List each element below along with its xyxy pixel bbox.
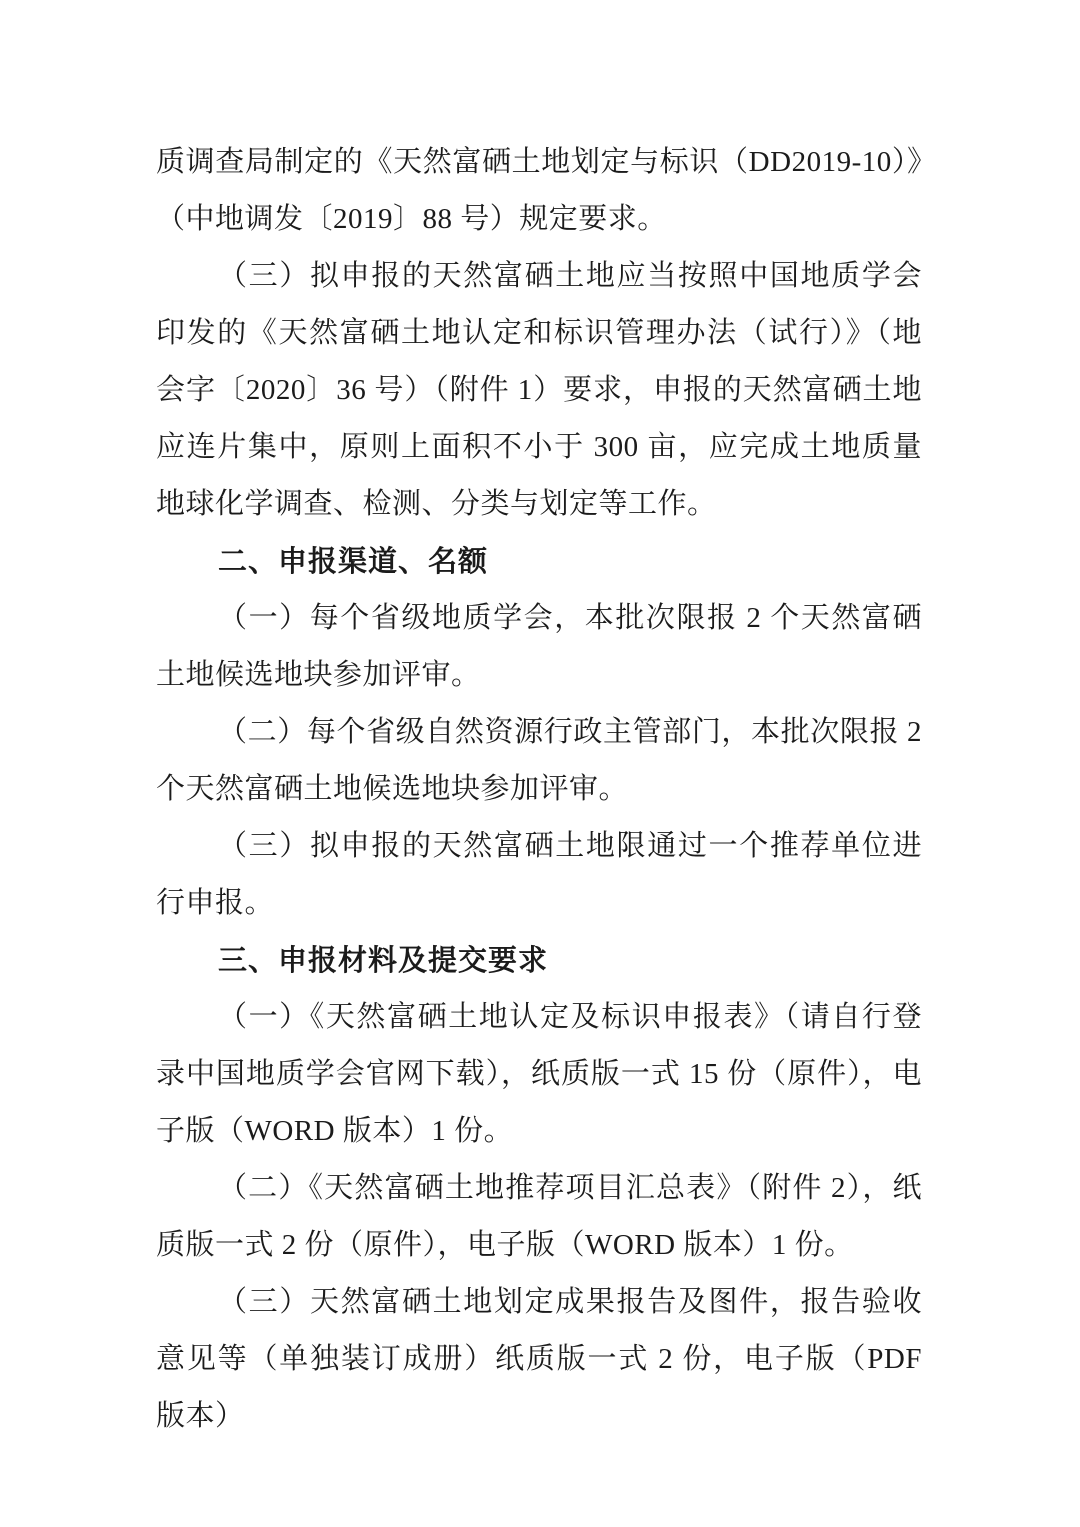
section-heading: 二、申报渠道、名额 <box>156 533 922 590</box>
paragraph: （一）每个省级地质学会，本批次限报 2 个天然富硒土地候选地块参加评审。 <box>156 590 922 704</box>
paragraph: （一）《天然富硒土地认定及标识申报表》（请自行登录中国地质学会官网下载），纸质版… <box>156 989 922 1160</box>
paragraph: （三）拟申报的天然富硒土地限通过一个推荐单位进行申报。 <box>156 818 922 932</box>
paragraph: （二）《天然富硒土地推荐项目汇总表》（附件 2），纸质版一式 2 份（原件），电… <box>156 1160 922 1274</box>
paragraph: （三）拟申报的天然富硒土地应当按照中国地质学会印发的《天然富硒土地认定和标识管理… <box>156 248 922 533</box>
paragraph: （二）每个省级自然资源行政主管部门，本批次限报 2 个天然富硒土地候选地块参加评… <box>156 704 922 818</box>
document-page: 质调查局制定的《天然富硒土地划定与标识（DD2019-10）》（中地调发〔201… <box>0 0 1080 1527</box>
paragraph: 质调查局制定的《天然富硒土地划定与标识（DD2019-10）》（中地调发〔201… <box>156 134 922 248</box>
section-heading: 三、申报材料及提交要求 <box>156 932 922 989</box>
paragraph: （三）天然富硒土地划定成果报告及图件，报告验收意见等（单独装订成册）纸质版一式 … <box>156 1274 922 1445</box>
document-body: 质调查局制定的《天然富硒土地划定与标识（DD2019-10）》（中地调发〔201… <box>156 134 922 1445</box>
